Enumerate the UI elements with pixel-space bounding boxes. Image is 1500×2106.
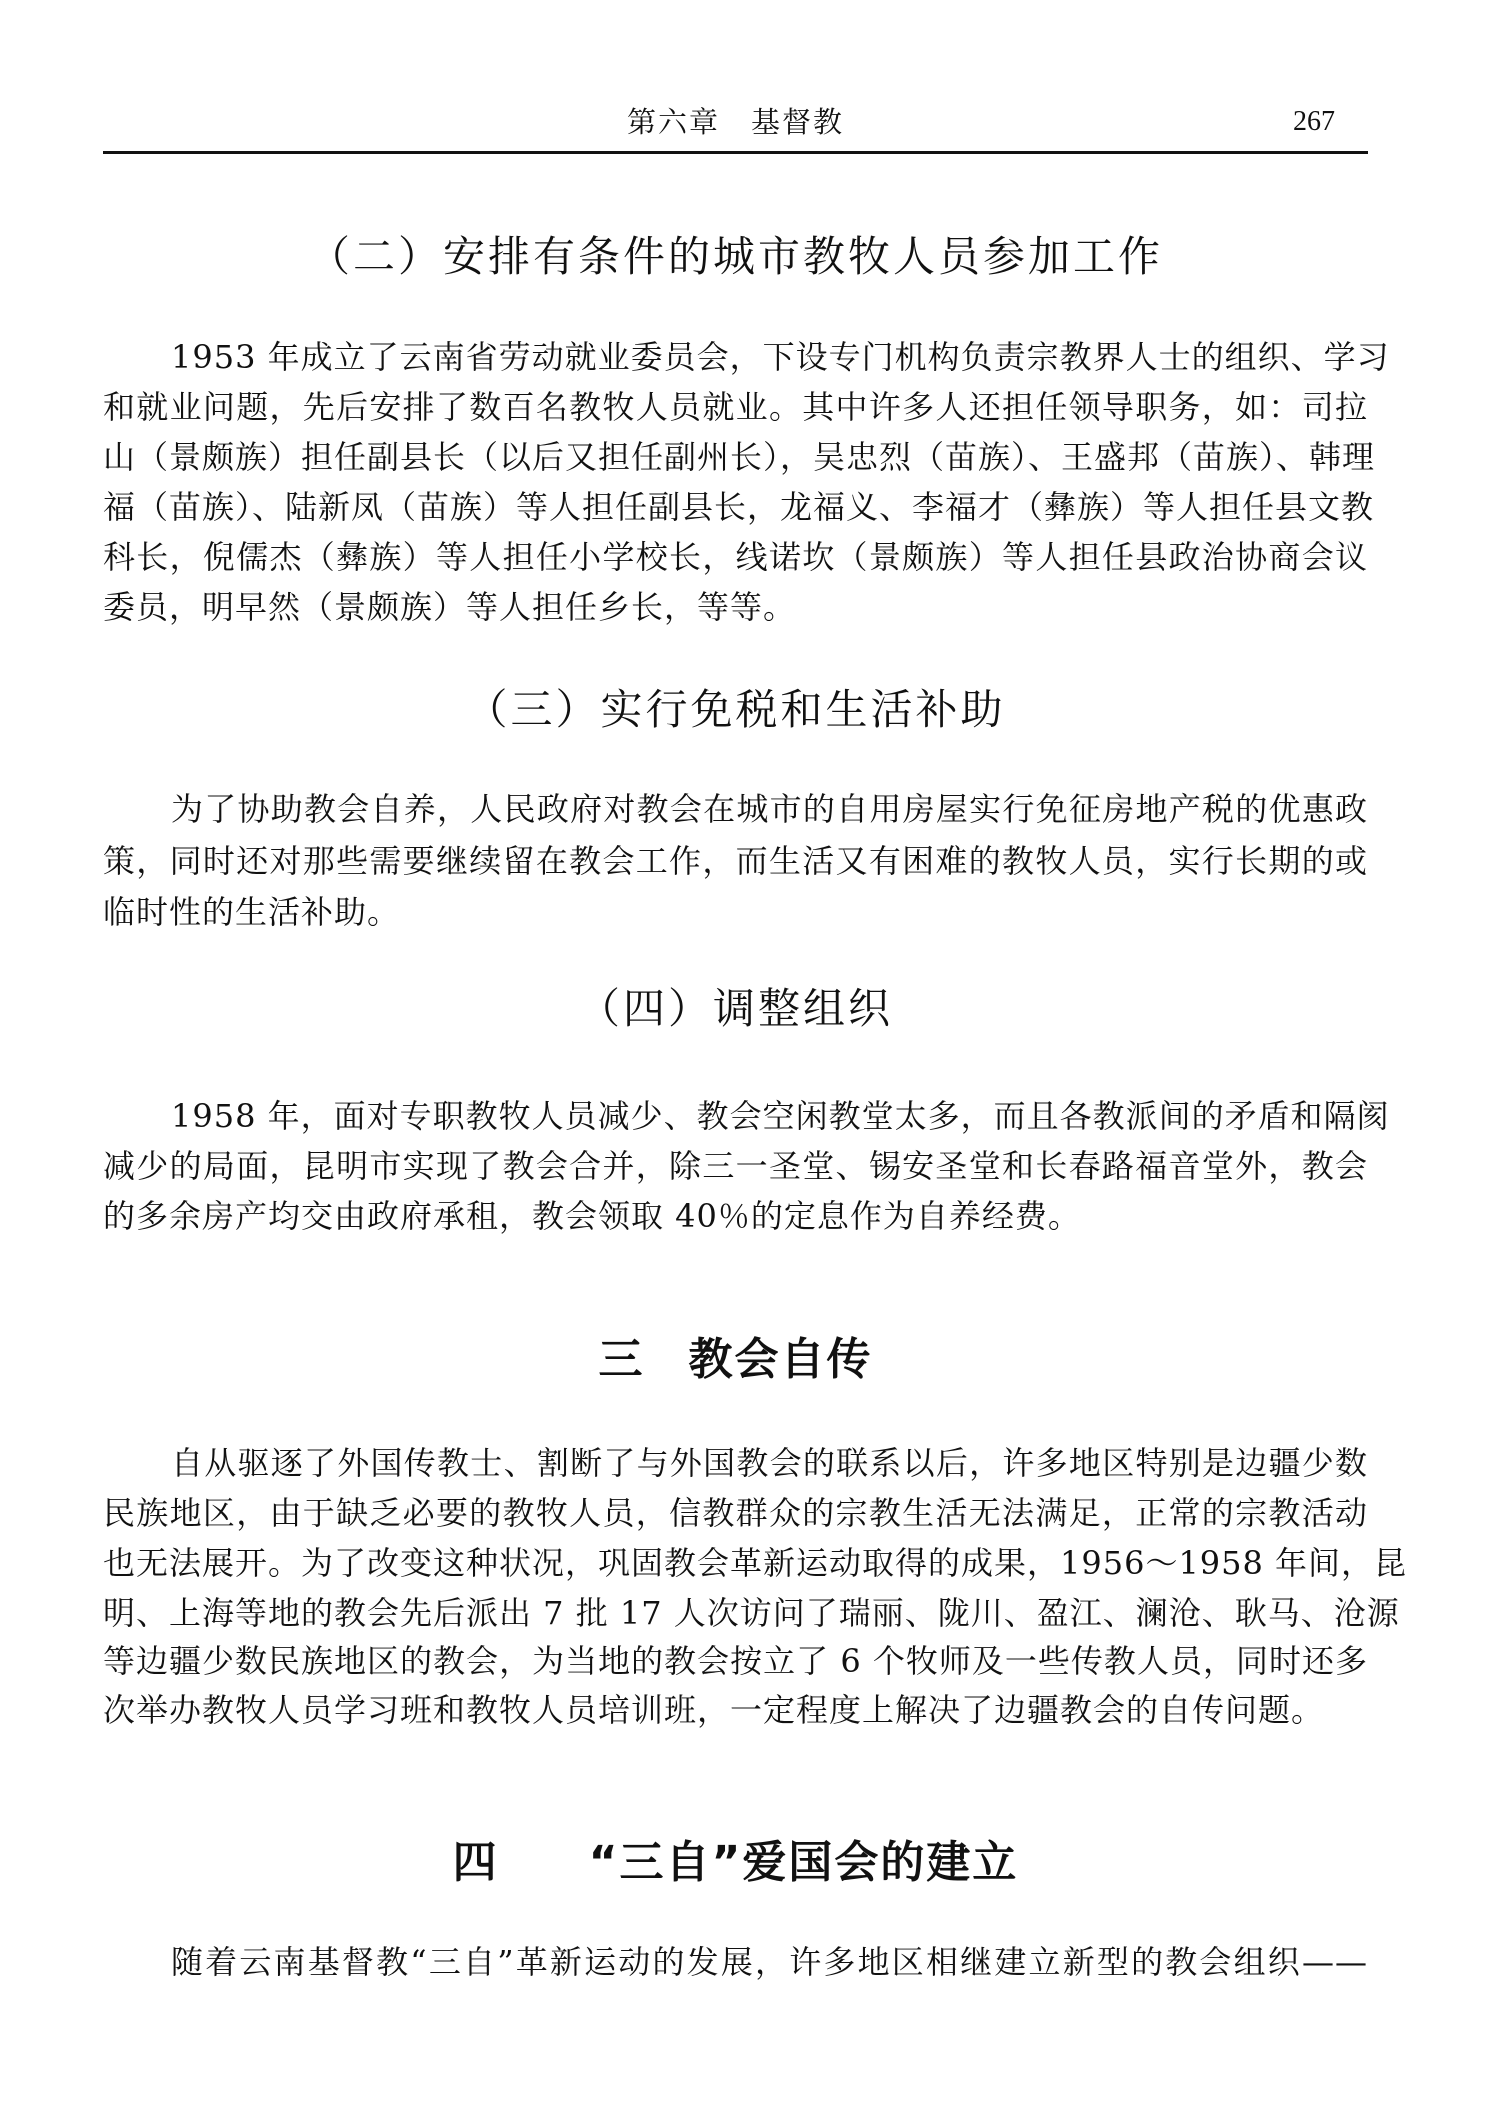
paragraph-line: 临时性的生活补助。 [103,887,1368,937]
header-rule [103,151,1368,154]
paragraph-line: 和就业问题，先后安排了数百名教牧人员就业。其中许多人还担任领导职务，如：司拉 [103,382,1368,432]
paragraph-line: 随着云南基督教“三自”革新运动的发展，许多地区相继建立新型的教会组织—— [171,1937,1368,1987]
paragraph-line: 减少的局面，昆明市实现了教会合并，除三一圣堂、锡安圣堂和长春路福音堂外，教会 [103,1141,1368,1191]
paragraph-line: 科长，倪儒杰（彝族）等人担任小学校长，线诺坎（景颇族）等人担任县政治协商会议 [103,532,1368,582]
page-number: 267 [1293,102,1335,142]
subsection-heading-4: （四）调整组织 [103,982,1368,1036]
paragraph-line: 次举办教牧人员学习班和教牧人员培训班，一定程度上解决了边疆教会的自传问题。 [103,1685,1368,1735]
paragraph-line: 等边疆少数民族地区的教会，为当地的教会按立了 6 个牧师及一些传教人员，同时还多 [103,1636,1368,1686]
paragraph-line: 1953 年成立了云南省劳动就业委员会，下设专门机构负责宗教界人士的组织、学习 [171,332,1368,382]
paragraph-line: 策，同时还对那些需要继续留在教会工作，而生活又有困难的教牧人员，实行长期的或 [103,836,1368,886]
subsection-heading-3: （三）实行免税和生活补助 [103,683,1368,737]
paragraph-line: 委员，明早然（景颇族）等人担任乡长，等等。 [103,582,1368,632]
paragraph-line: 也无法展开。为了改变这种状况，巩固教会革新运动取得的成果，1956～1958 年… [103,1538,1368,1588]
paragraph-line: 明、上海等地的教会先后派出 7 批 17 人次访问了瑞丽、陇川、盈江、澜沧、耿马… [103,1588,1368,1638]
section-title: 教会自传 [689,1334,873,1385]
section-number: 三 [599,1332,645,1388]
paragraph-line: 民族地区，由于缺乏必要的教牧人员，信教群众的宗教生活无法满足，正常的宗教活动 [103,1488,1368,1538]
section-number: 四 [453,1835,499,1891]
paragraph-line: 福（苗族）、陆新凤（苗族）等人担任副县长，龙福义、李福才（彝族）等人担任县文教 [103,482,1368,532]
paragraph-line: 的多余房产均交由政府承租，教会领取 40％的定息作为自养经费。 [103,1191,1368,1241]
section-heading-4: 四“三自”爱国会的建立 [103,1835,1368,1891]
paragraph-line: 为了协助教会自养，人民政府对教会在城市的自用房屋实行免征房地产税的优惠政 [171,784,1368,834]
paragraph-line: 1958 年，面对专职教牧人员减少、教会空闲教堂太多，而且各教派间的矛盾和隔阂 [171,1091,1368,1141]
running-header: 第六章 基督教 267 [103,102,1368,142]
subsection-heading-2: （二）安排有条件的城市教牧人员参加工作 [103,230,1368,284]
paragraph-line: 山（景颇族）担任副县长（以后又担任副州长），吴忠烈（苗族）、王盛邦（苗族）、韩理 [103,432,1368,482]
section-title: “三自”爱国会的建立 [589,1837,1019,1888]
chapter-title: 第六章 基督教 [103,102,1368,142]
paragraph-line: 自从驱逐了外国传教士、割断了与外国教会的联系以后，许多地区特别是边疆少数 [171,1438,1368,1488]
section-heading-3: 三教会自传 [103,1332,1368,1388]
